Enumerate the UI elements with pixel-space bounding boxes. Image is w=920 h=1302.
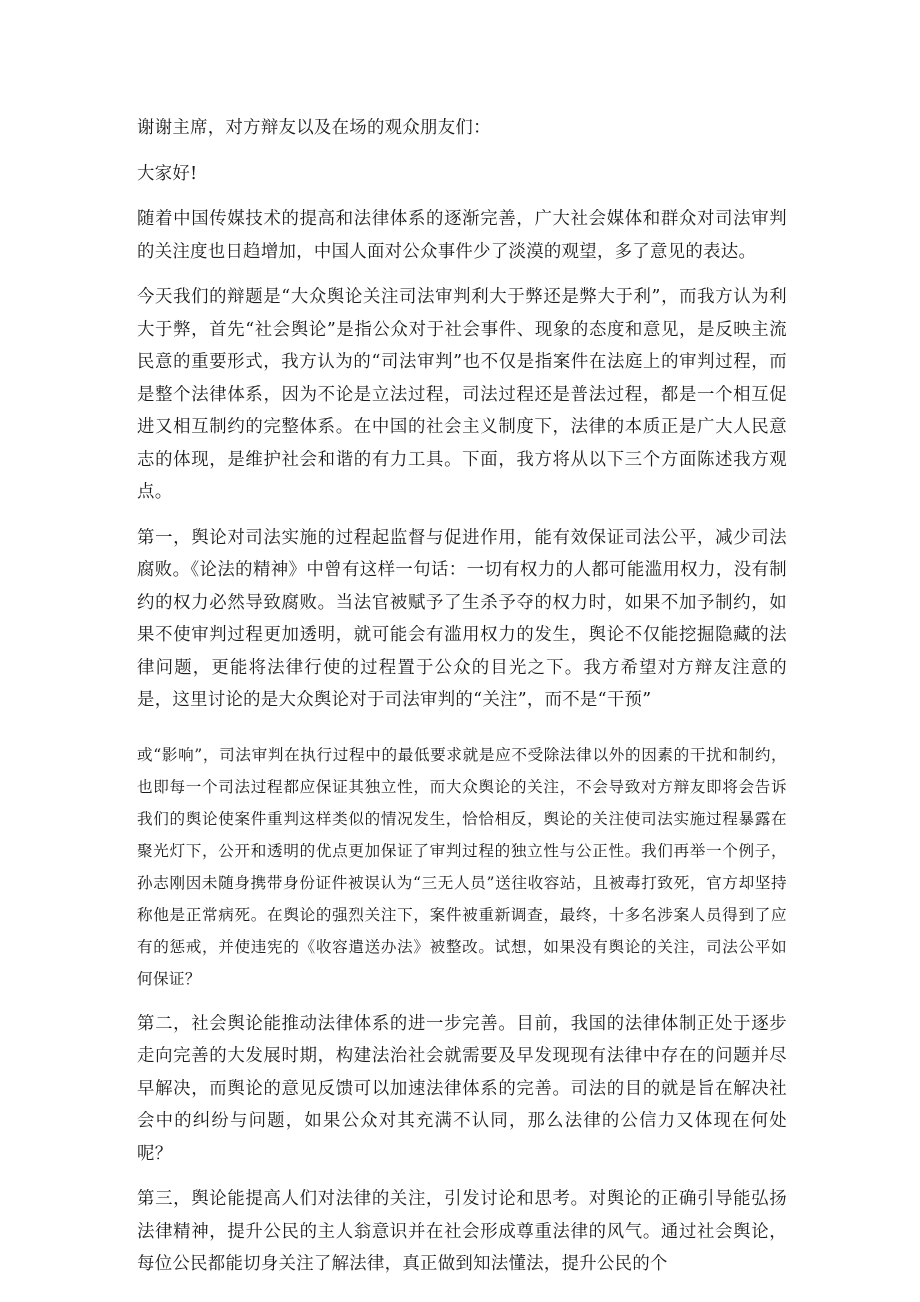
document-page: 谢谢主席，对方辩友以及在场的观众朋友们： 大家好! 随着中国传媒技术的提高和法律… <box>137 112 787 1281</box>
point-two-paragraph: 第二，社会舆论能推动法律体系的进一步完善。目前，我国的法律体制正处于逐步走向完善… <box>137 1008 787 1171</box>
intro-paragraph: 随着中国传媒技术的提高和法律体系的逐渐完善，广大社会媒体和群众对司法审判的关注度… <box>137 203 787 268</box>
topic-paragraph: 今天我们的辩题是“大众舆论关注司法审判利大于弊还是弊大于利”，而我方认为利大于弊… <box>137 281 787 509</box>
point-one-paragraph: 第一，舆论对司法实施的过程起监督与促进作用，能有效保证司法公平，减少司法腐败。《… <box>137 522 787 717</box>
hello-paragraph: 大家好! <box>137 158 787 191</box>
point-three-paragraph: 第三，舆论能提高人们对法律的关注，引发讨论和思考。对舆论的正确引导能弘扬法律精神… <box>137 1183 787 1281</box>
point-one-continued-paragraph: 或“影响”，司法审判在执行过程中的最低要求就是应不受除法律以外的因素的干扰和制约… <box>137 739 787 995</box>
greeting-paragraph: 谢谢主席，对方辩友以及在场的观众朋友们： <box>137 112 787 145</box>
